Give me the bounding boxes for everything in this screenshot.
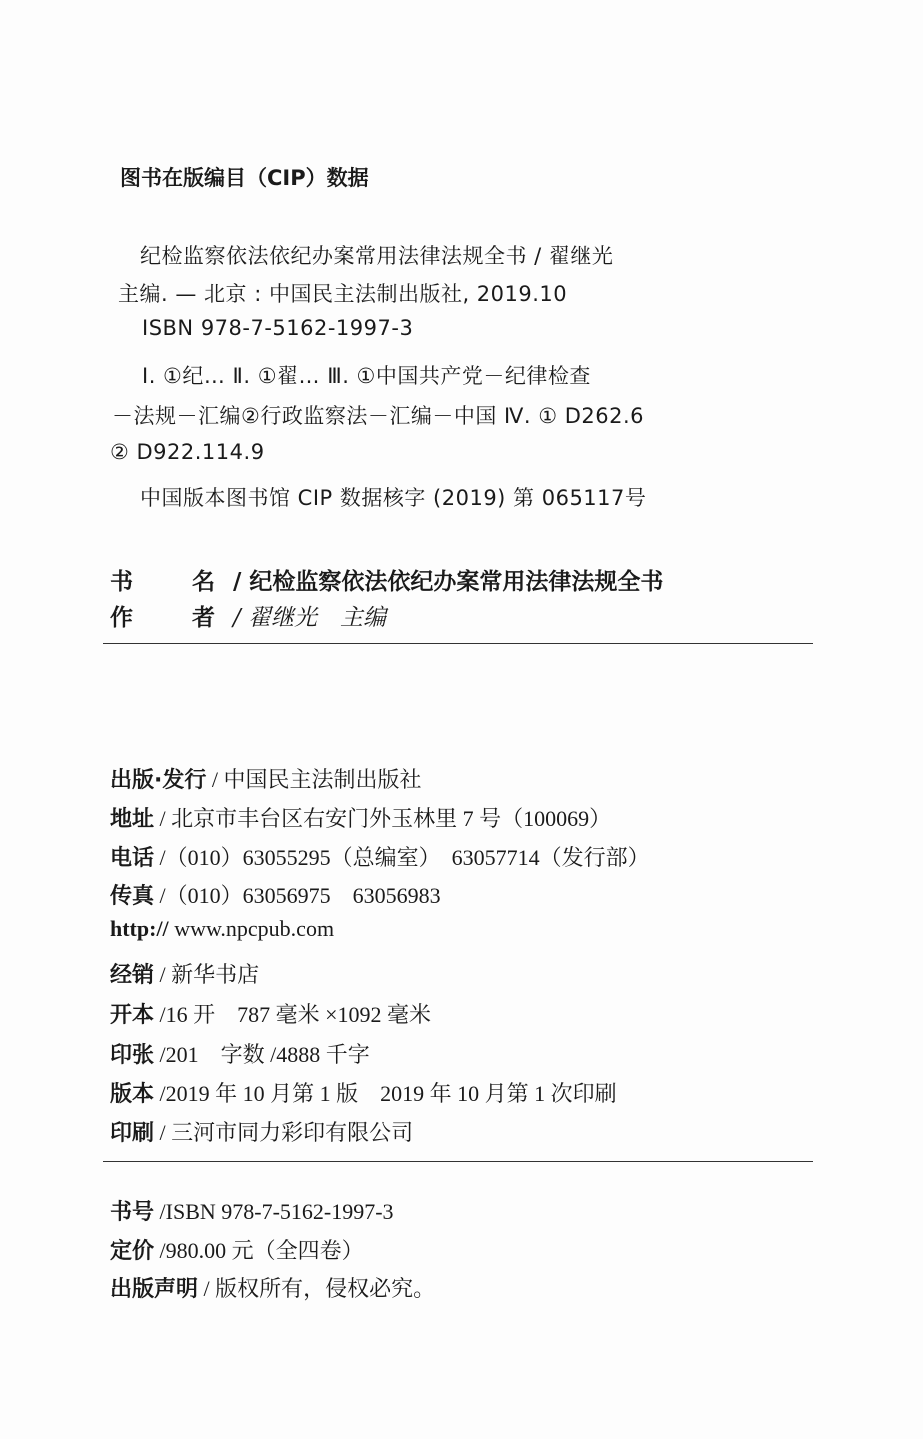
divider-top xyxy=(103,643,813,644)
info-format: 开本 /16 开 787 毫米 ×1092 毫米 xyxy=(110,998,431,1029)
book-author-value: / 翟继光 主编 xyxy=(233,605,386,631)
info-publisher: 出版·发行 / 中国民主法制出版社 xyxy=(110,763,421,794)
book-author-row: 作 者/ 翟继光 主编 xyxy=(110,599,386,632)
info-address: 地址 / 北京市丰台区右安门外玉林里 7 号（100069） xyxy=(110,802,611,833)
divider-bottom xyxy=(103,1161,813,1162)
book-author-label: 作 者 xyxy=(110,605,233,631)
cip-line: ISBN 978-7-5162-1997-3 xyxy=(142,316,413,340)
info-copyright: 出版声明 / 版权所有，侵权必究。 xyxy=(110,1272,435,1303)
info-distributor: 经销 / 新华书店 xyxy=(110,958,259,989)
book-title-value: / 纪检监察依法依纪办案常用法律法规全书 xyxy=(233,569,663,595)
cip-line: 中国版本图书馆 CIP 数据核字 (2019) 第 065117号 xyxy=(140,482,646,512)
book-title-label: 书 名 xyxy=(110,569,233,595)
book-title-row: 书 名/ 纪检监察依法依纪办案常用法律法规全书 xyxy=(110,563,663,596)
info-sheets: 印张 /201 字数 /4888 千字 xyxy=(110,1038,370,1069)
cip-line: －法规－汇编②行政监察法－汇编－中国 Ⅳ. ① D262.6 xyxy=(112,400,644,430)
cip-line: ② D922.114.9 xyxy=(110,440,265,464)
info-price: 定价 /980.00 元（全四卷） xyxy=(110,1234,364,1265)
info-fax: 传真 /（010）63056975 63056983 xyxy=(110,879,441,910)
info-edition: 版本 /2019 年 10 月第 1 版 2019 年 10 月第 1 次印刷 xyxy=(110,1077,617,1108)
cip-line: 主编. — 北京 : 中国民主法制出版社, 2019.10 xyxy=(118,278,567,308)
info-printer: 印刷 / 三河市同力彩印有限公司 xyxy=(110,1116,413,1147)
info-website: http:// www.npcpub.com xyxy=(110,916,334,942)
info-isbn: 书号 /ISBN 978-7-5162-1997-3 xyxy=(110,1195,394,1226)
cip-line: 纪检监察依法依纪办案常用法律法规全书 / 翟继光 xyxy=(140,240,613,270)
cip-line: Ⅰ. ①纪… Ⅱ. ①翟… Ⅲ. ①中国共产党－纪律检查 xyxy=(142,360,591,390)
info-phone: 电话 /（010）63055295（总编室） 63057714（发行部） xyxy=(110,841,650,872)
cip-heading: 图书在版编目（CIP）数据 xyxy=(120,162,369,192)
